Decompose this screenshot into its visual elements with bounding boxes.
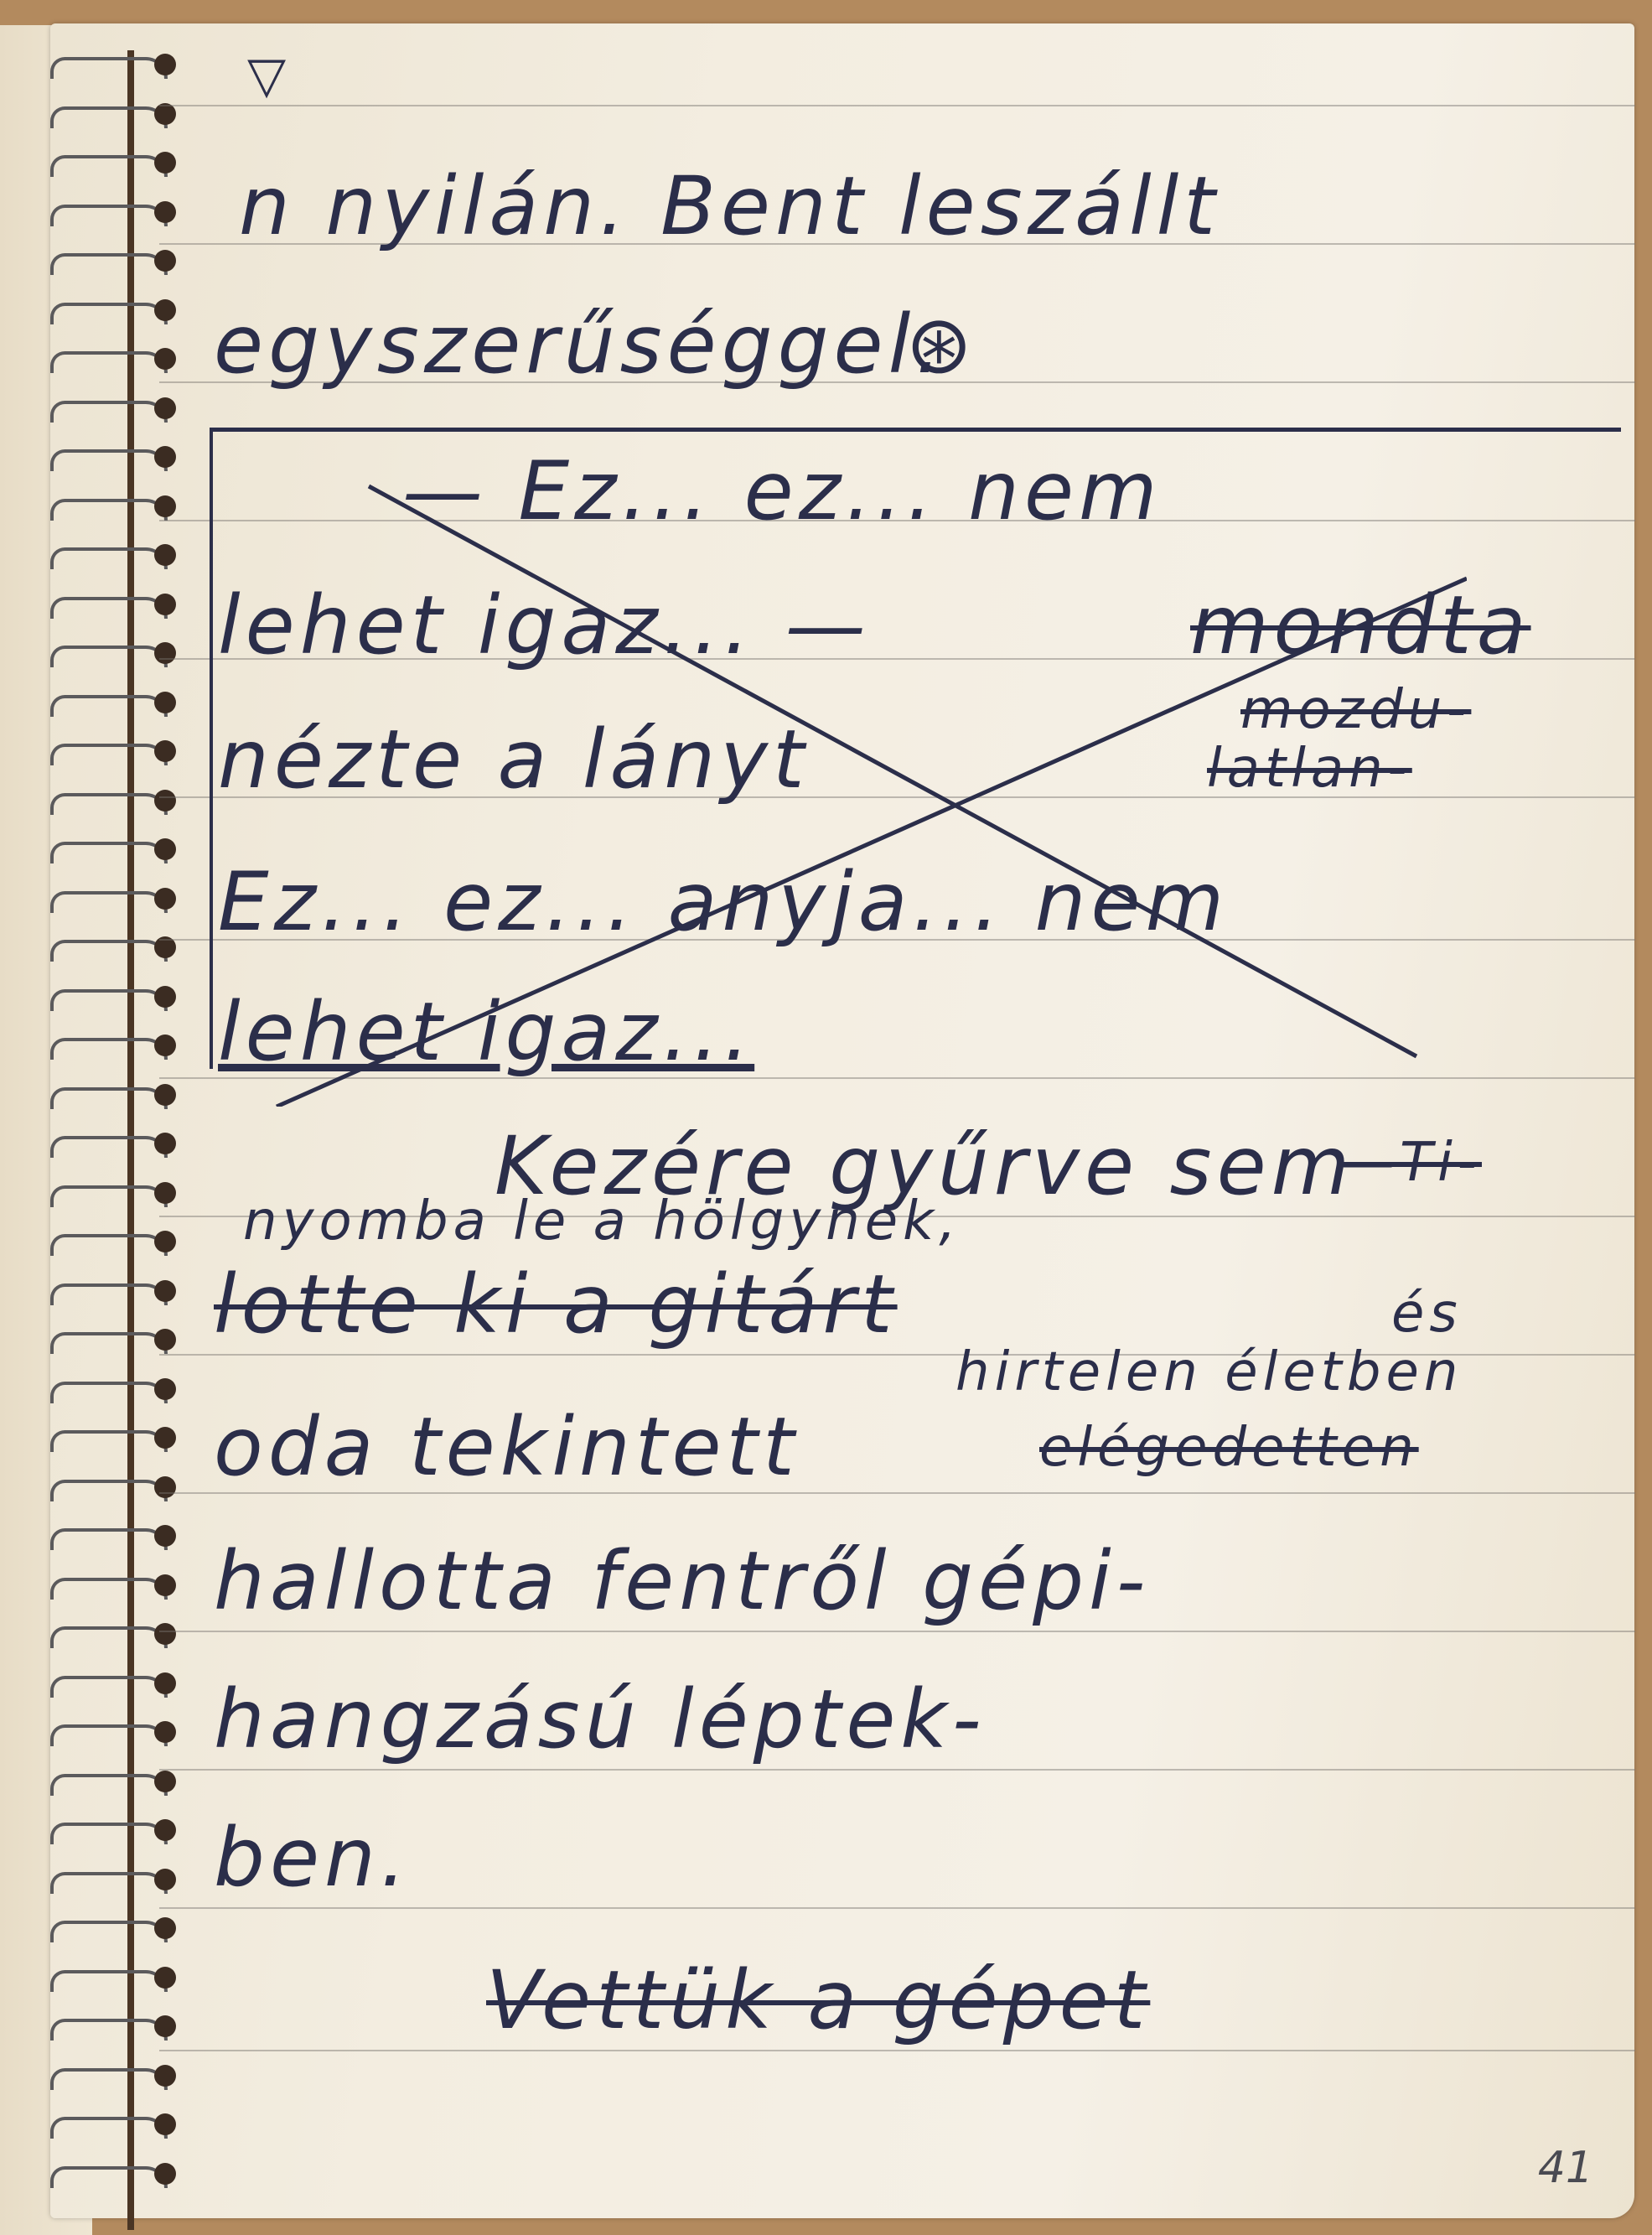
coil-wire	[50, 2117, 168, 2139]
spiral-coil	[50, 1031, 176, 1060]
coil-wire	[50, 106, 168, 128]
spiral-coil	[50, 1522, 176, 1550]
punch-hole	[154, 1574, 176, 1596]
spiral-coil	[50, 345, 176, 373]
spiral-coil	[50, 639, 176, 667]
spiral-coil	[50, 983, 176, 1011]
ruled-line	[159, 2050, 1635, 2051]
punch-hole	[154, 250, 176, 272]
punch-hole	[154, 1721, 176, 1743]
spiral-coil	[50, 1325, 176, 1354]
punch-hole	[154, 2113, 176, 2135]
coil-wire	[50, 1480, 168, 1501]
punch-hole	[154, 986, 176, 1008]
coil-wire	[50, 989, 168, 1011]
spiral-coil	[50, 2160, 176, 2188]
struck-word: elégedetten	[1039, 1417, 1419, 1479]
punch-hole	[154, 1819, 176, 1841]
punch-hole	[154, 446, 176, 468]
handwritten-line: lotte ki a gitárt	[214, 1258, 898, 1351]
coil-wire	[50, 597, 168, 619]
coil-wire	[50, 2166, 168, 2188]
handwritten-line: egyszerűséggel.	[214, 298, 946, 392]
spiral-coil	[50, 541, 176, 569]
coil-wire	[50, 205, 168, 226]
punch-hole	[154, 1476, 176, 1498]
punch-hole	[154, 1378, 176, 1400]
coil-wire	[50, 1332, 168, 1354]
spiral-coil	[50, 786, 176, 815]
punch-hole	[154, 1525, 176, 1547]
punch-hole	[154, 1084, 176, 1106]
punch-hole	[154, 1672, 176, 1694]
ruled-line	[159, 1631, 1635, 1632]
punch-hole	[154, 888, 176, 910]
coil-wire	[50, 1185, 168, 1207]
punch-hole	[154, 692, 176, 713]
punch-hole	[154, 54, 176, 75]
handwritten-line: lehet igaz...	[218, 985, 754, 1079]
coil-wire	[50, 253, 168, 275]
spiral-coil	[50, 100, 176, 128]
coil-wire	[50, 2019, 168, 2041]
coil-wire	[50, 695, 168, 717]
spiral-coil	[50, 1179, 176, 1207]
coil-wire	[50, 1823, 168, 1844]
punch-hole	[154, 348, 176, 370]
spiral-coil	[50, 2110, 176, 2139]
spiral-coil	[50, 2061, 176, 2090]
coil-wire	[50, 1136, 168, 1158]
punch-hole	[154, 152, 176, 174]
struck-word: mozdu-	[1240, 679, 1471, 741]
coil-wire	[50, 744, 168, 765]
spiral-coil	[50, 1963, 176, 1992]
punch-hole	[154, 1182, 176, 1204]
punch-hole	[154, 1869, 176, 1890]
punch-hole	[154, 1035, 176, 1056]
punch-hole	[154, 2015, 176, 2037]
spiral-coil	[50, 296, 176, 324]
coil-wire	[50, 1382, 168, 1403]
spiral-coil	[50, 2012, 176, 2041]
spiral-coil	[50, 1914, 176, 1942]
coil-wire	[50, 646, 168, 667]
punch-hole	[154, 2065, 176, 2087]
spiral-coil	[50, 1669, 176, 1698]
handwritten-line: nézte a lányt	[218, 713, 810, 806]
spiral-coil	[50, 933, 176, 962]
coil-wire	[50, 1724, 168, 1746]
coil-wire	[50, 547, 168, 569]
handwritten-line: hangzású léptek-	[214, 1672, 987, 1766]
spiral-coil	[50, 394, 176, 423]
spiral-coil	[50, 884, 176, 913]
coil-wire	[50, 1872, 168, 1894]
spiral-coil	[50, 737, 176, 765]
spiral-coil	[50, 1277, 176, 1305]
coil-wire	[50, 1038, 168, 1060]
spiral-coil	[50, 443, 176, 471]
spiral-coil	[50, 492, 176, 521]
handwritten-line: ben.	[214, 1811, 411, 1905]
coil-wire	[50, 793, 168, 815]
spiral-coil	[50, 1718, 176, 1746]
coil-wire	[50, 1528, 168, 1550]
coil-wire	[50, 1430, 168, 1452]
spiral-coil	[50, 1375, 176, 1403]
coil-wire	[50, 1676, 168, 1698]
spiral-coil	[50, 1473, 176, 1501]
inserted-line: nyomba le a hölgynek,	[243, 1190, 961, 1252]
punch-hole	[154, 1917, 176, 1939]
spiral-coil	[50, 688, 176, 717]
handwritten-line: hallotta fentről gépi-	[214, 1534, 1150, 1628]
coil-wire	[50, 2068, 168, 2090]
punch-hole	[154, 544, 176, 566]
struck-word: latlan-	[1207, 738, 1412, 800]
punch-hole	[154, 1771, 176, 1792]
spiral-coil	[50, 1767, 176, 1796]
handwritten-line: lehet igaz... —	[218, 578, 871, 672]
triangle-mark-icon: ▽	[247, 46, 286, 105]
punch-hole	[154, 594, 176, 615]
coil-wire	[50, 1774, 168, 1796]
punch-hole	[154, 790, 176, 812]
coil-wire	[50, 499, 168, 521]
coil-wire	[50, 1970, 168, 1992]
struck-word: mondta	[1190, 578, 1531, 672]
spiral-coil	[50, 246, 176, 275]
coil-wire	[50, 449, 168, 471]
struck-word: —Ti-	[1341, 1132, 1482, 1194]
spiral-coil	[50, 1865, 176, 1894]
spiral-coil	[50, 1571, 176, 1600]
spiral-coil	[50, 1816, 176, 1844]
punch-hole	[154, 397, 176, 419]
punch-hole	[154, 1280, 176, 1302]
spiral-coil	[50, 1081, 176, 1109]
punch-hole	[154, 495, 176, 517]
coil-wire	[50, 1234, 168, 1256]
spiral-coil	[50, 590, 176, 619]
coil-wire	[50, 1087, 168, 1109]
punch-hole	[154, 1231, 176, 1252]
punch-hole	[154, 642, 176, 664]
spiral-coil	[50, 1129, 176, 1158]
ruled-line	[159, 1907, 1635, 1909]
spiral-coil	[50, 835, 176, 863]
punch-hole	[154, 1623, 176, 1645]
coil-wire	[50, 155, 168, 177]
ruled-line	[159, 105, 1635, 106]
coil-wire	[50, 842, 168, 863]
punch-hole	[154, 1133, 176, 1154]
punch-hole	[154, 838, 176, 860]
coil-wire	[50, 1578, 168, 1600]
coil-wire	[50, 891, 168, 913]
handwritten-line: Vettük a gépet	[486, 1953, 1150, 2047]
spiral-coil	[50, 1620, 176, 1648]
spiral-coil	[50, 50, 176, 79]
punch-hole	[154, 740, 176, 762]
handwritten-line: n nyilán. Bent leszállt	[239, 159, 1220, 253]
spiral-coil	[50, 198, 176, 226]
coil-wire	[50, 401, 168, 423]
spiral-binding	[34, 34, 176, 2213]
inserted-words: hirtelen életben	[955, 1341, 1463, 1403]
margin-word: és	[1391, 1283, 1463, 1345]
handwritten-line: Ez... ez... anyja... nem	[218, 855, 1229, 949]
handwritten-line: oda tekintett	[214, 1400, 800, 1494]
punch-hole	[154, 1329, 176, 1351]
coil-wire	[50, 1921, 168, 1942]
handwritten-line: — Ez... ez... nem	[402, 444, 1163, 538]
coil-wire	[50, 940, 168, 962]
coil-wire	[50, 351, 168, 373]
punch-hole	[154, 1427, 176, 1449]
asterisk-circle-icon: ⊛	[905, 298, 972, 392]
punch-hole	[154, 1967, 176, 1989]
punch-hole	[154, 2163, 176, 2185]
coil-wire	[50, 57, 168, 79]
punch-hole	[154, 299, 176, 321]
ruled-line	[159, 1769, 1635, 1771]
coil-wire	[50, 1283, 168, 1305]
punch-hole	[154, 201, 176, 223]
spiral-coil	[50, 1227, 176, 1256]
spiral-coil	[50, 148, 176, 177]
spiral-coil	[50, 1423, 176, 1452]
coil-wire	[50, 303, 168, 324]
coil-wire	[50, 1626, 168, 1648]
page-number: 41	[1538, 2143, 1593, 2193]
